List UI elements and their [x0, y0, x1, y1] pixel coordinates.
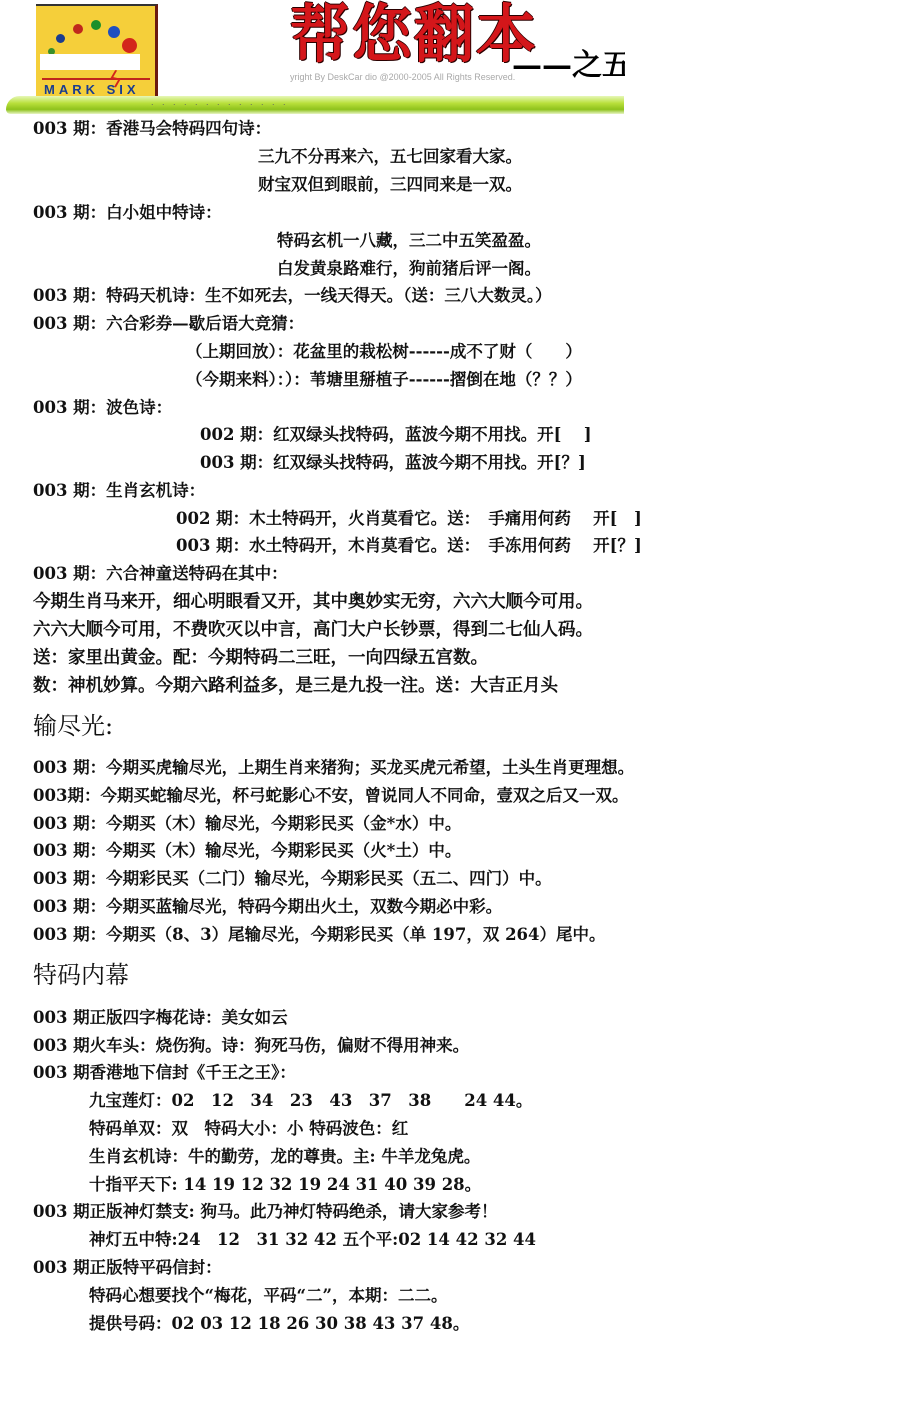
text-line: 003 期：今期买蓝输尽光，特码今期出火土，双数今期必中彩。 — [33, 896, 502, 918]
logo-dot-icon — [73, 24, 83, 34]
poem-line: 三九不分再来六，五七回家看大家。 — [258, 146, 522, 168]
logo-brand-en: MARK SIX — [44, 82, 140, 97]
text-line: 003 期：香港马会特码四句诗： — [33, 118, 271, 140]
logo-dot-icon — [91, 20, 101, 30]
green-banner-band: . . . . . . . . . . . . . — [6, 96, 624, 114]
riddle-line: （今期来料）：）：苇塘里掰植子------摺倒在地（？？） — [186, 369, 582, 391]
poem-line: 白发黄泉路难行，狗前猪后评一阁。 — [277, 258, 541, 280]
numbers-line: 提供号码：02 03 12 18 26 30 38 43 37 48。 — [89, 1313, 469, 1335]
logo-dot-icon — [122, 38, 137, 53]
logo-divider — [42, 78, 150, 80]
numbers-line: 十指平天下: 14 19 12 32 19 24 31 40 39 28。 — [89, 1174, 481, 1196]
text-line: 特码单双：双 特码大小：小 特码波色：红 — [89, 1118, 408, 1140]
text-line: 特码心想要找个“梅花，平码“二”，本期：二二。 — [89, 1285, 447, 1307]
text-line: 003 期：生肖玄机诗： — [33, 480, 205, 502]
page-subtitle: ——之五 — [512, 48, 625, 84]
text-line: 数：神机妙算。今期六路利益多，是三是九投一注。送：大吉正月头 — [33, 675, 558, 697]
text-line: 003 期：六合彩券—歇后语大竞猜： — [33, 313, 304, 335]
mark-six-logo: ϟ MARK SIX — [36, 4, 158, 98]
text-line: 003 期：白小姐中特诗： — [33, 202, 222, 224]
text-line: 003 期：今期买（木）输尽光，今期彩民买（火*土）中。 — [33, 840, 461, 862]
text-line: 003 期：特码天机诗：生不如死去，一线天得天。（送：三八大数灵。） — [33, 285, 552, 307]
text-line: 003 期：今期彩民买（二门）输尽光，今期彩民买（五二、四门）中。 — [33, 868, 552, 890]
numbers-line: 神灯五中特:24 12 31 32 42 五个平:02 14 42 32 44 — [89, 1229, 536, 1251]
text-line: 003 期：今期买（木）输尽光，今期彩民买（金*水）中。 — [33, 813, 461, 835]
poem-line: 002 期：红双绿头找特码，蓝波今期不用找。开[ ] — [200, 424, 592, 446]
text-line: 003 期正版神灯禁支: 狗马。此乃神灯特码绝杀，请大家参考！ — [33, 1201, 498, 1223]
text-line: 003 期火车头：烧伤狗。诗：狗死马伤，偏财不得用神来。 — [33, 1035, 469, 1057]
header-banner: ϟ MARK SIX 帮您翻本 ——之五 yright By DeskCar d… — [0, 0, 625, 118]
poem-line: 财宝双但到眼前，三四同来是一双。 — [258, 174, 522, 196]
logo-dot-icon — [56, 34, 65, 43]
section-heading: 输尽光: — [33, 711, 113, 741]
poem-line: 002 期：木土特码开，火肖莫看它。送： 手痛用何药 开[ ] — [176, 508, 642, 530]
text-line: 003 期香港地下信封《千王之王》： — [33, 1062, 296, 1084]
text-line: 003期：今期买蛇输尽光，杯弓蛇影心不安，曾说同人不同命，壹双之后又一双。 — [33, 785, 628, 807]
poem-line: 003 期：水土特码开，木肖莫看它。送： 手冻用何药 开[？] — [176, 535, 642, 557]
text-line: 送：家里出黄金。配：今期特码二三旺，一向四绿五宫数。 — [33, 647, 488, 669]
numbers-line: 九宝莲灯：02 12 34 23 43 37 38 24 44。 — [89, 1090, 532, 1112]
text-line: 六六大顺今可用，不费吹灭以中言，高门大户长钞票，得到二七仙人码。 — [33, 619, 593, 641]
riddle-line: （上期回放）：花盆里的栽松树------成不了财（ ） — [186, 341, 582, 363]
band-dots: . . . . . . . . . . . . . — [151, 97, 289, 107]
text-line: 今期生肖马来开，细心明眼看又开，其中奥妙实无穷，六六大顺今可用。 — [33, 591, 593, 613]
text-line: 003 期正版特平码信封： — [33, 1257, 222, 1279]
text-line: 003 期：今期买虎输尽光，上期生肖来猪狗；买龙买虎元希望，土头生肖更理想。 — [33, 757, 634, 779]
text-line: 003 期正版四字梅花诗：美女如云 — [33, 1007, 288, 1029]
logo-brand-cn — [40, 54, 140, 70]
text-line: 003 期：今期买（8、3）尾输尽光，今期彩民买（单 197，双 264）尾中。 — [33, 924, 606, 946]
copyright-text: yright By DeskCar dio @2000-2005 All Rig… — [290, 72, 515, 82]
logo-dot-icon — [108, 26, 120, 38]
section-heading: 特码内幕 — [33, 960, 129, 990]
poem-line: 特码玄机一八藏，三二中五笑盈盈。 — [277, 230, 541, 252]
text-line: 003 期：波色诗： — [33, 397, 172, 419]
poem-line: 003 期：红双绿头找特码，蓝波今期不用找。开[？] — [200, 452, 586, 474]
text-line: 003 期：六合神童送特码在其中： — [33, 563, 288, 585]
text-line: 生肖玄机诗：牛的勤劳，龙的尊贵。主: 牛羊龙兔虎。 — [89, 1146, 480, 1168]
page-title: 帮您翻本 — [290, 0, 538, 72]
